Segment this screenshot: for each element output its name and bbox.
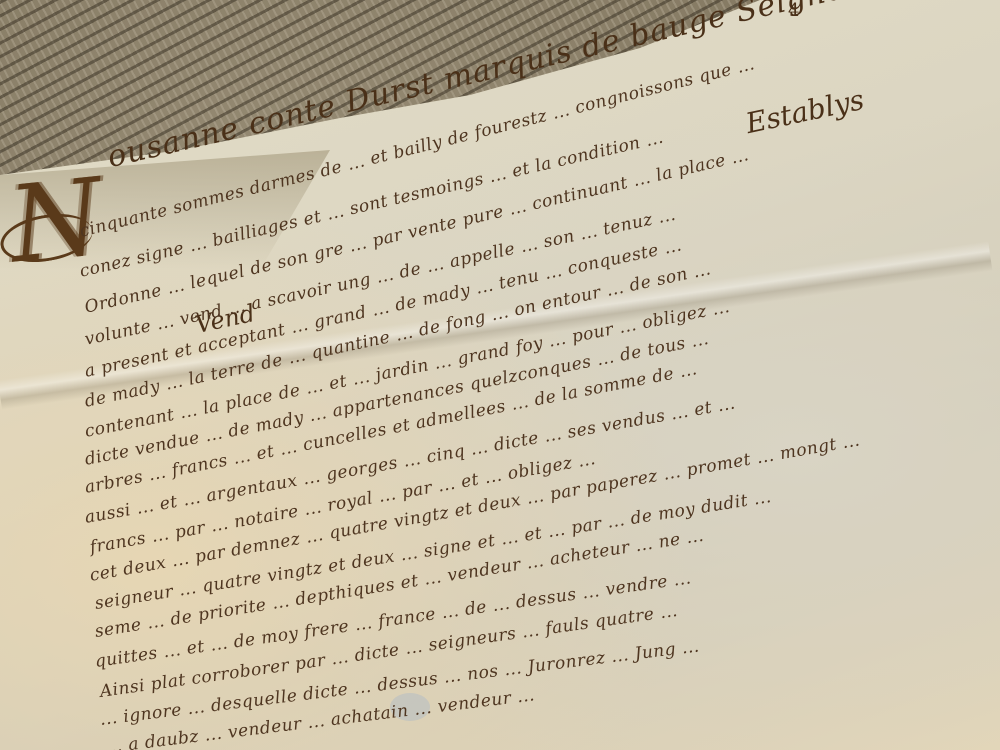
document-heading: ousanne conte Durst marquis de bauge Sei… [104, 0, 931, 175]
manuscript-text: 4 N ousanne conte Durst marquis de bauge… [0, 0, 1000, 750]
emphasized-word-establys: Establys [743, 83, 867, 140]
